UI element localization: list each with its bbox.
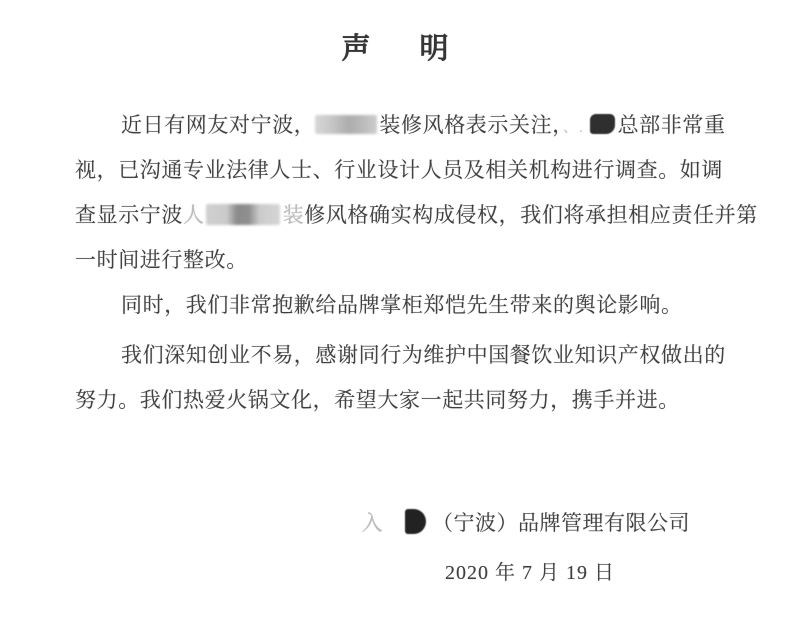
statement-document-photo: 声 明 近日有网友对宁波，装修风格表示关注，、.总部非常重 视，已沟通专业法律人… [0, 0, 800, 627]
faint-marks: 、. [563, 120, 585, 135]
p1l3-text-pre: 查显示宁波 [75, 203, 183, 227]
p1l1-text-post: 总部非常重 [618, 113, 726, 137]
p1l1-text-mid: 装修风格表示关注， [379, 113, 563, 137]
paragraph3-line2: 努力。我们热爱火锅文化，希望大家一起共同努力，携手并进。 [75, 378, 732, 423]
paragraph1-line3: 查显示宁波人装修风格确实构成侵权，我们将承担相应责任并第 [75, 193, 732, 238]
censored-logo-icon [590, 114, 615, 134]
censored-logo-icon [405, 509, 426, 534]
paragraph1-line2: 视，已沟通专业法律人士、行业设计人员及相关机构进行调查。如调 [75, 148, 732, 193]
paragraph3-line1: 我们深知创业不易，感谢同行为维护中国餐饮业知识产权做出的 [75, 333, 732, 378]
redacted-brand-blur [206, 204, 280, 225]
p3l1-text: 我们深知创业不易，感谢同行为维护中国餐饮业知识产权做出的 [121, 343, 726, 367]
document-title: 声 明 [0, 0, 800, 67]
date-line: 2020 年 7 月 19 日 [0, 556, 800, 585]
date-text: 2020 年 7 月 19 日 [445, 562, 615, 584]
document-content: 声 明 近日有网友对宁波，装修风格表示关注，、.总部非常重 视，已沟通专业法律人… [0, 0, 800, 627]
paragraph2-line1: 同时，我们非常抱歉给品牌掌柜郑恺先生带来的舆论影响。 [75, 283, 732, 328]
p1l3-text-post: 修风格确实构成侵权，我们将承担相应责任并第 [304, 203, 758, 227]
company-name: （宁波）品牌管理有限公司 [432, 511, 690, 535]
document-body: 近日有网友对宁波，装修风格表示关注，、.总部非常重 视，已沟通专业法律人士、行业… [75, 103, 732, 423]
paragraph1-line1: 近日有网友对宁波，装修风格表示关注，、.总部非常重 [75, 103, 732, 148]
faint-partial-character: 装 [283, 203, 305, 227]
signature-line: 入（宁波）品牌管理有限公司 [0, 508, 800, 538]
faint-character-remnant: 人 [183, 203, 205, 227]
p1l1-text-pre: 近日有网友对宁波， [121, 113, 315, 137]
p2-text: 同时，我们非常抱歉给品牌掌柜郑恺先生带来的舆论影响。 [121, 293, 683, 317]
p1l4-text: 一时间进行整改。 [75, 248, 248, 272]
paragraph1-line4: 一时间进行整改。 [75, 238, 732, 283]
p1l2-text: 视，已沟通专业法律人士、行业设计人员及相关机构进行调查。如调 [75, 158, 723, 182]
faint-character-remnant: 入 [362, 511, 384, 535]
redacted-brand-blur [315, 115, 377, 134]
p3l2-text: 努力。我们热爱火锅文化，希望大家一起共同努力，携手并进。 [75, 388, 680, 412]
